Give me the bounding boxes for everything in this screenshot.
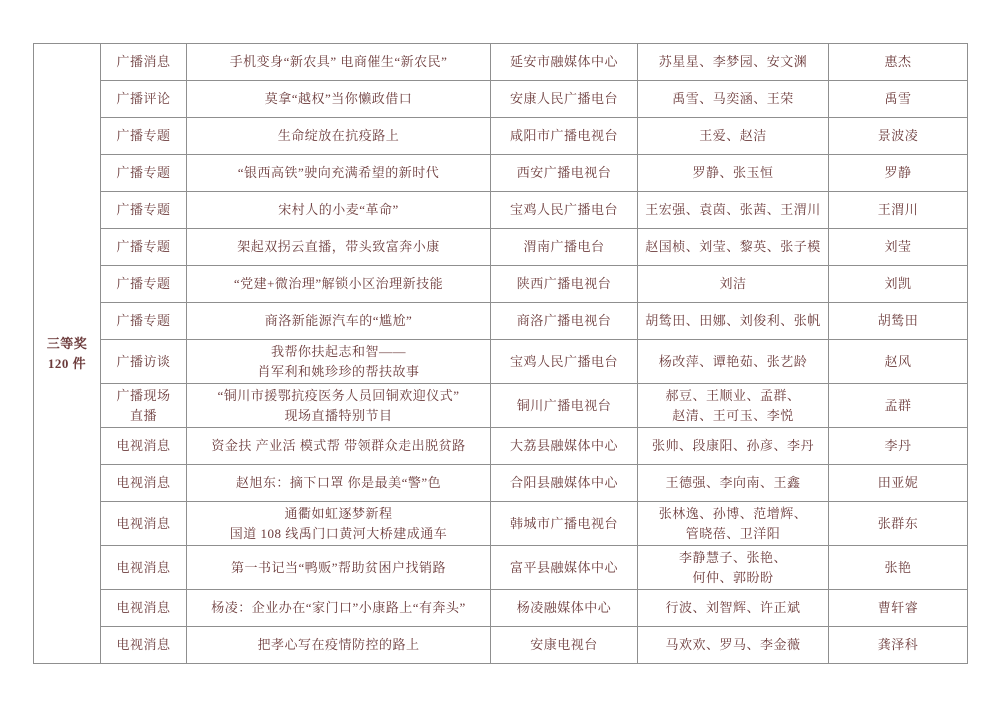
table-row: 电视消息把孝心写在疫情防控的路上安康电视台马欢欢、罗马、李金薇龚泽科 (34, 627, 968, 664)
cell-organization: 商洛广播电视台 (491, 303, 638, 340)
cell-editor: 张艳 (829, 546, 968, 590)
cell-category: 电视消息 (101, 627, 187, 664)
table-row: 电视消息第一书记当“鸭贩”帮助贫困户找销路富平县融媒体中心李静慧子、张艳、 何仲… (34, 546, 968, 590)
cell-authors: 苏星星、李梦园、安文渊 (638, 44, 829, 81)
cell-editor: 刘莹 (829, 229, 968, 266)
cell-title: 我帮你扶起志和智—— 肖军利和姚珍珍的帮扶故事 (187, 340, 491, 384)
cell-editor: 王渭川 (829, 192, 968, 229)
cell-title: 通衢如虹逐梦新程 国道 108 线禹门口黄河大桥建成通车 (187, 502, 491, 546)
cell-editor: 张群东 (829, 502, 968, 546)
cell-organization: 安康人民广播电台 (491, 81, 638, 118)
cell-title: 杨凌：企业办在“家门口”小康路上“有奔头” (187, 590, 491, 627)
table-row: 广播专题架起双拐云直播，带头致富奔小康渭南广播电台赵国桢、刘莹、黎英、张子模刘莹 (34, 229, 968, 266)
table-row: 电视消息资金扶 产业活 模式帮 带领群众走出脱贫路大荔县融媒体中心张帅、段康阳、… (34, 428, 968, 465)
cell-editor: 赵风 (829, 340, 968, 384)
cell-category: 广播专题 (101, 266, 187, 303)
cell-editor: 罗静 (829, 155, 968, 192)
cell-title: “银西高铁”驶向充满希望的新时代 (187, 155, 491, 192)
cell-category: 广播专题 (101, 229, 187, 266)
cell-authors: 王爱、赵洁 (638, 118, 829, 155)
cell-organization: 大荔县融媒体中心 (491, 428, 638, 465)
cell-editor: 刘凯 (829, 266, 968, 303)
cell-organization: 渭南广播电台 (491, 229, 638, 266)
cell-authors: 行波、刘智辉、许正斌 (638, 590, 829, 627)
cell-authors: 刘洁 (638, 266, 829, 303)
cell-category: 广播专题 (101, 303, 187, 340)
cell-organization: 杨凌融媒体中心 (491, 590, 638, 627)
cell-category: 电视消息 (101, 502, 187, 546)
cell-title: 宋村人的小麦“革命” (187, 192, 491, 229)
cell-category: 广播消息 (101, 44, 187, 81)
cell-organization: 宝鸡人民广播电台 (491, 340, 638, 384)
cell-editor: 龚泽科 (829, 627, 968, 664)
cell-category: 广播专题 (101, 192, 187, 229)
cell-authors: 张林逸、孙博、范增辉、 管晓蓓、卫洋阳 (638, 502, 829, 546)
cell-title: 架起双拐云直播，带头致富奔小康 (187, 229, 491, 266)
cell-authors: 王德强、李向南、王鑫 (638, 465, 829, 502)
table-row: 三等奖 120 件广播消息手机变身“新农具” 电商催生“新农民”延安市融媒体中心… (34, 44, 968, 81)
cell-authors: 李静慧子、张艳、 何仲、郭盼盼 (638, 546, 829, 590)
cell-editor: 胡鸶田 (829, 303, 968, 340)
cell-editor: 景波凌 (829, 118, 968, 155)
cell-organization: 安康电视台 (491, 627, 638, 664)
cell-category: 广播评论 (101, 81, 187, 118)
cell-editor: 孟群 (829, 384, 968, 428)
cell-authors: 张帅、段康阳、孙彦、李丹 (638, 428, 829, 465)
document-page: 三等奖 120 件广播消息手机变身“新农具” 电商催生“新农民”延安市融媒体中心… (0, 0, 1000, 706)
cell-organization: 咸阳市广播电视台 (491, 118, 638, 155)
cell-title: 手机变身“新农具” 电商催生“新农民” (187, 44, 491, 81)
cell-title: 赵旭东：摘下口罩 你是最美“警”色 (187, 465, 491, 502)
table-row: 广播专题“党建+微治理”解锁小区治理新技能陕西广播电视台刘洁刘凯 (34, 266, 968, 303)
table-row: 广播访谈我帮你扶起志和智—— 肖军利和姚珍珍的帮扶故事宝鸡人民广播电台杨改萍、谭… (34, 340, 968, 384)
cell-organization: 韩城市广播电视台 (491, 502, 638, 546)
awards-table: 三等奖 120 件广播消息手机变身“新农具” 电商催生“新农民”延安市融媒体中心… (33, 43, 968, 664)
cell-organization: 西安广播电视台 (491, 155, 638, 192)
cell-editor: 李丹 (829, 428, 968, 465)
cell-authors: 郝豆、王顺业、孟群、 赵清、王可玉、李悦 (638, 384, 829, 428)
cell-authors: 马欢欢、罗马、李金薇 (638, 627, 829, 664)
cell-title: 莫拿“越权”当你懒政借口 (187, 81, 491, 118)
cell-title: 商洛新能源汽车的“尴尬” (187, 303, 491, 340)
cell-editor: 惠杰 (829, 44, 968, 81)
cell-authors: 禹雪、马奕涵、王荣 (638, 81, 829, 118)
cell-organization: 陕西广播电视台 (491, 266, 638, 303)
cell-organization: 铜川广播电视台 (491, 384, 638, 428)
cell-editor: 曹轩睿 (829, 590, 968, 627)
table-row: 电视消息杨凌：企业办在“家门口”小康路上“有奔头”杨凌融媒体中心行波、刘智辉、许… (34, 590, 968, 627)
cell-title: “党建+微治理”解锁小区治理新技能 (187, 266, 491, 303)
table-row: 广播专题宋村人的小麦“革命”宝鸡人民广播电台王宏强、袁茵、张茜、王渭川王渭川 (34, 192, 968, 229)
cell-authors: 胡鸶田、田娜、刘俊利、张帆 (638, 303, 829, 340)
cell-category: 广播专题 (101, 155, 187, 192)
table-row: 电视消息通衢如虹逐梦新程 国道 108 线禹门口黄河大桥建成通车韩城市广播电视台… (34, 502, 968, 546)
cell-organization: 合阳县融媒体中心 (491, 465, 638, 502)
cell-editor: 禹雪 (829, 81, 968, 118)
cell-title: 资金扶 产业活 模式帮 带领群众走出脱贫路 (187, 428, 491, 465)
cell-authors: 杨改萍、谭艳茹、张艺龄 (638, 340, 829, 384)
cell-category: 广播专题 (101, 118, 187, 155)
award-group-label: 三等奖 120 件 (34, 44, 101, 664)
cell-authors: 王宏强、袁茵、张茜、王渭川 (638, 192, 829, 229)
cell-organization: 延安市融媒体中心 (491, 44, 638, 81)
cell-title: “铜川市援鄂抗疫医务人员回铜欢迎仪式” 现场直播特别节目 (187, 384, 491, 428)
cell-editor: 田亚妮 (829, 465, 968, 502)
cell-organization: 富平县融媒体中心 (491, 546, 638, 590)
cell-organization: 宝鸡人民广播电台 (491, 192, 638, 229)
table-row: 广播现场 直播“铜川市援鄂抗疫医务人员回铜欢迎仪式” 现场直播特别节目铜川广播电… (34, 384, 968, 428)
cell-authors: 罗静、张玉恒 (638, 155, 829, 192)
table-row: 电视消息赵旭东：摘下口罩 你是最美“警”色合阳县融媒体中心王德强、李向南、王鑫田… (34, 465, 968, 502)
cell-category: 电视消息 (101, 590, 187, 627)
cell-category: 广播访谈 (101, 340, 187, 384)
cell-category: 电视消息 (101, 428, 187, 465)
cell-category: 电视消息 (101, 465, 187, 502)
awards-table-body: 三等奖 120 件广播消息手机变身“新农具” 电商催生“新农民”延安市融媒体中心… (34, 44, 968, 664)
cell-authors: 赵国桢、刘莹、黎英、张子模 (638, 229, 829, 266)
cell-category: 广播现场 直播 (101, 384, 187, 428)
table-row: 广播专题“银西高铁”驶向充满希望的新时代西安广播电视台罗静、张玉恒罗静 (34, 155, 968, 192)
table-row: 广播评论莫拿“越权”当你懒政借口安康人民广播电台禹雪、马奕涵、王荣禹雪 (34, 81, 968, 118)
cell-title: 第一书记当“鸭贩”帮助贫困户找销路 (187, 546, 491, 590)
cell-category: 电视消息 (101, 546, 187, 590)
table-row: 广播专题商洛新能源汽车的“尴尬”商洛广播电视台胡鸶田、田娜、刘俊利、张帆胡鸶田 (34, 303, 968, 340)
cell-title: 把孝心写在疫情防控的路上 (187, 627, 491, 664)
table-row: 广播专题生命绽放在抗疫路上咸阳市广播电视台王爱、赵洁景波凌 (34, 118, 968, 155)
cell-title: 生命绽放在抗疫路上 (187, 118, 491, 155)
